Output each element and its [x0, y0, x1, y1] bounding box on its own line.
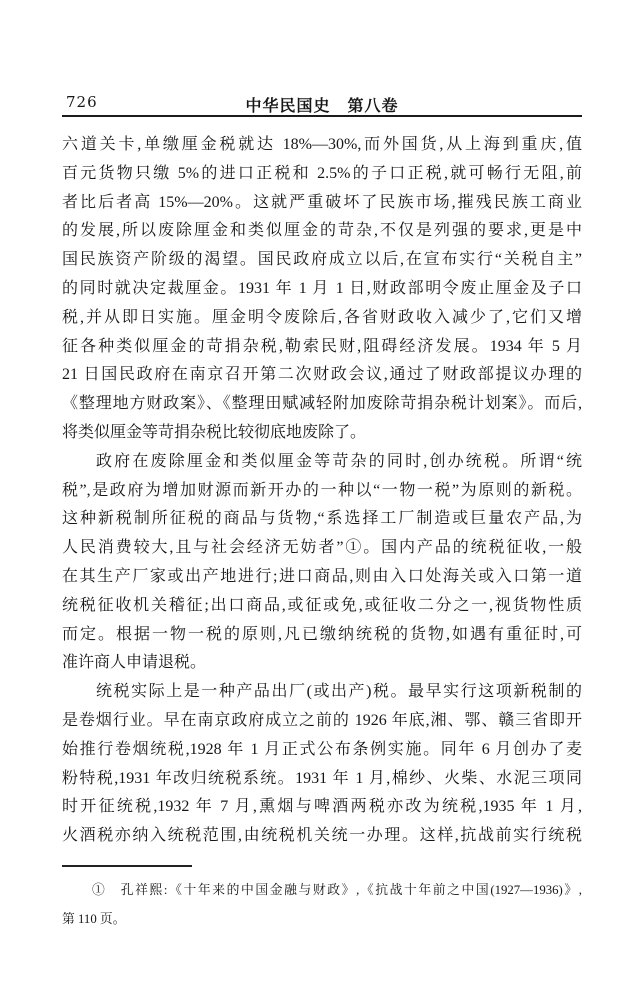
text-line: 统税实际上是一种产品出厂(或出产)税。最早实行这项新税制的: [62, 678, 582, 707]
text-line: 的同时就决定裁厘金。1931 年 1 月 1 日,财政部明令废止厘金及子口: [62, 275, 582, 304]
text-line: 国民族资产阶级的渴望。国民政府成立以后,在宣布实行“关税自主”: [62, 246, 582, 275]
text-line: 粉特税,1931 年改归统税系统。1931 年 1 月,棉纱、火柴、水泥三项同: [62, 765, 582, 794]
text-line: 人民消费较大,且与社会经济无妨者”①。国内产品的统税征收,一般: [62, 534, 582, 563]
text-line: 政府在废除厘金和类似厘金等苛杂的同时,创办统税。所谓“统: [62, 448, 582, 477]
footnote-line: ① 孔祥熙:《十年来的中国金融与财政》,《抗战十年前之中国(1927—1936)…: [62, 876, 582, 905]
text-line: 这种新税制所征税的商品与货物,“系选择工厂制造或巨量农产品,为: [62, 505, 582, 534]
text-line: 时开征统税,1932 年 7 月,熏烟与啤酒两税亦改为统税,1935 年 1 月…: [62, 793, 582, 822]
footnote-line: 第 110 页。: [62, 905, 582, 934]
text-line: 在其生产厂家或出产地进行;进口商品,则由入口处海关或入口第一道: [62, 563, 582, 592]
body-text: 六道关卡,单缴厘金税就达 18%—30%,而外国货,从上海到重庆,值 百元货物只…: [62, 131, 582, 851]
page-header: 726 中华民国史 第八卷: [62, 93, 582, 113]
text-line: 的发展,所以废除厘金和类似厘金的苛杂,不仅是列强的要求,更是中: [62, 217, 582, 246]
text-line: 是卷烟行业。早在南京政府成立之前的 1926 年底,湘、鄂、赣三省即开: [62, 707, 582, 736]
text-line: 火酒税亦纳入统税范围,由统税机关统一办理。这样,抗战前实行统税: [62, 822, 582, 851]
text-line: 准许商人申请退税。: [62, 649, 582, 678]
text-line: 21 日国民政府在南京召开第二次财政会议,通过了财政部提议办理的: [62, 361, 582, 390]
text-line: 百元货物只缴 5%的进口正税和 2.5%的子口正税,就可畅行无阻,前: [62, 160, 582, 189]
text-line: 六道关卡,单缴厘金税就达 18%—30%,而外国货,从上海到重庆,值: [62, 131, 582, 160]
running-title: 中华民国史 第八卷: [62, 93, 582, 116]
text-line: 征各种类似厘金的苛捐杂税,勒索民财,阻碍经济发展。1934 年 5 月: [62, 333, 582, 362]
text-line: 而定。根据一物一税的原则,凡已缴纳统税的货物,如遇有重征时,可: [62, 621, 582, 650]
text-line: 将类似厘金等苛捐杂税比较彻底地废除了。: [62, 419, 582, 448]
text-line: 税,并从即日实施。厘金明令废除后,各省财政收入减少了,它们又增: [62, 304, 582, 333]
text-line: 《整理地方财政案》、《整理田赋减轻附加废除苛捐杂税计划案》。而后,: [62, 390, 582, 419]
book-page: 726 中华民国史 第八卷 六道关卡,单缴厘金税就达 18%—30%,而外国货,…: [0, 0, 644, 1000]
footnote-separator: [62, 865, 192, 867]
text-line: 始推行卷烟统税,1928 年 1 月正式公布条例实施。同年 6 月创办了麦: [62, 736, 582, 765]
text-line: 统税征收机关稽征;出口商品,或征或免,或征收二分之一,视货物性质: [62, 592, 582, 621]
text-line: 者比后者高 15%—20%。这就严重破坏了民族市场,摧残民族工商业: [62, 189, 582, 218]
text-line: 税”,是政府为增加财源而新开办的一种以“一物一税”为原则的新税。: [62, 477, 582, 506]
footnote: ① 孔祥熙:《十年来的中国金融与财政》,《抗战十年前之中国(1927—1936)…: [62, 876, 582, 934]
